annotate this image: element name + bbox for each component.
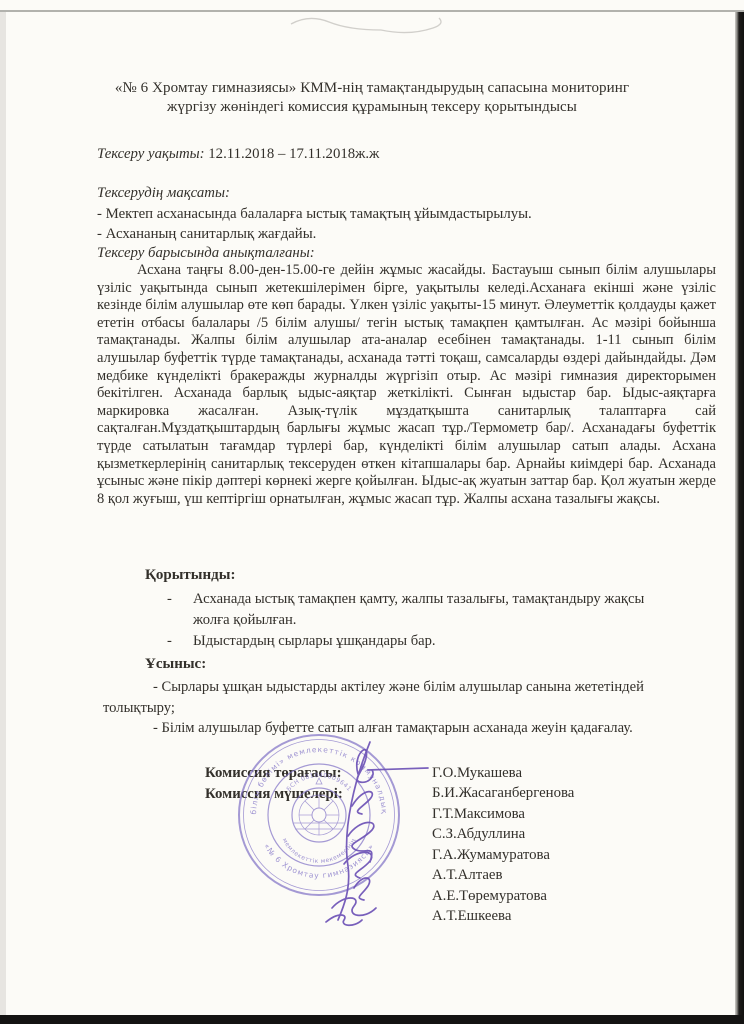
conclusion-item-text: Ыдыстардың сырлары ұшқандары бар. <box>193 633 436 649</box>
scanned-document-page: «№ 6 Хромтау гимназиясы» КММ-нің тамақта… <box>0 0 744 1024</box>
conclusion-heading: Қорытынды: <box>145 567 235 584</box>
inspection-time-label: Тексеру уақыты: <box>97 146 205 162</box>
scan-edge-left <box>0 12 6 1024</box>
signatory-name: Б.И.Жасаганбергенова <box>432 783 574 803</box>
inspection-time-row: Тексеру уақыты: 12.11.2018 – 17.11.2018ж… <box>97 146 379 163</box>
conclusion-item-text: Асханада ыстық тамақпен қамту, жалпы таз… <box>193 591 644 628</box>
proposal-heading: Ұсыныс: <box>145 656 206 673</box>
conclusion-list: - Асханада ыстық тамақпен қамту, жалпы т… <box>163 589 675 652</box>
scan-edge-bottom <box>0 1015 744 1024</box>
signatory-name: А.Т.Ешкеева <box>432 906 574 926</box>
pencil-mark <box>285 8 455 40</box>
conclusion-item: - Асханада ыстық тамақпен қамту, жалпы т… <box>163 589 675 631</box>
findings-paragraph: Асхана таңғы 8.00-ден-15.00-ге дейін жұм… <box>97 262 716 508</box>
document-title: «№ 6 Хромтау гимназиясы» КММ-нің тамақта… <box>72 79 672 117</box>
document-title-line-1: «№ 6 Хромтау гимназиясы» КММ-нің тамақта… <box>72 79 672 98</box>
dash-bullet: - <box>167 589 172 610</box>
purpose-heading: Тексерудің мақсаты: <box>97 183 532 204</box>
signatory-name: А.Е.Төремуратова <box>432 886 574 906</box>
proposal-section: - Сырлары ұшқан ыдыстарды актілеу және б… <box>103 677 709 739</box>
inspection-time-value: 12.11.2018 – 17.11.2018ж.ж <box>208 146 379 162</box>
purpose-item: - Асхананың санитарлық жағдайы. <box>97 224 532 245</box>
handwritten-signatures <box>318 736 436 932</box>
signatory-name: А.Т.Алтаев <box>432 865 574 885</box>
dash-bullet: - <box>167 631 172 652</box>
signatory-name: Г.Т.Максимова <box>432 804 574 824</box>
purpose-section: Тексерудің мақсаты: - Мектеп асханасында… <box>97 183 532 245</box>
signatory-name: С.З.Абдуллина <box>432 824 574 844</box>
signatory-name: Г.О.Мукашева <box>432 763 574 783</box>
scan-edge-right <box>735 12 744 1024</box>
document-title-line-2: жүргізу жөніндегі комиссия құрамының тек… <box>72 98 672 117</box>
findings-heading: Тексеру барысында анықталғаны: <box>97 245 315 262</box>
conclusion-item: - Ыдыстардың сырлары ұшқандары бар. <box>163 631 675 652</box>
signature-names: Г.О.Мукашева Б.И.Жасаганбергенова Г.Т.Ма… <box>432 763 574 927</box>
signatory-name: Г.А.Жумамуратова <box>432 845 574 865</box>
proposal-item: - Сырлары ұшқан ыдыстарды актілеу және б… <box>103 677 709 718</box>
purpose-item: - Мектеп асханасында балаларға ыстық там… <box>97 204 532 225</box>
